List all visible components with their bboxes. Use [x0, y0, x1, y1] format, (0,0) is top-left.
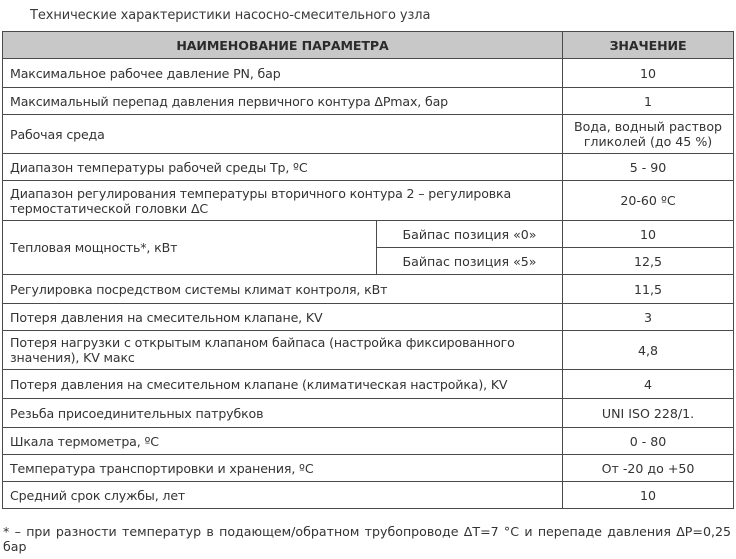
param-name: Регулировка посредством системы климат к…: [3, 275, 563, 304]
param-value: 10: [563, 221, 734, 248]
table-row: Резьба присоединительных патрубков UNI I…: [3, 399, 734, 428]
table-row: Тепловая мощность*, кВт Байпас позиция «…: [3, 221, 734, 248]
param-name: Средний срок службы, лет: [3, 482, 563, 509]
footnote: * – при разности температур в подающем/о…: [3, 524, 731, 554]
param-value: 12,5: [563, 248, 734, 275]
param-value: Вода, водный раствор гликолей (до 45 %): [563, 115, 734, 154]
table-row: Диапазон регулирования температуры втори…: [3, 181, 734, 221]
param-name: Резьба присоединительных патрубков: [3, 399, 563, 428]
table-row: Средний срок службы, лет 10: [3, 482, 734, 509]
param-value: 4: [563, 370, 734, 399]
param-value: 11,5: [563, 275, 734, 304]
param-value: 3: [563, 304, 734, 331]
table-row: Рабочая среда Вода, водный раствор глико…: [3, 115, 734, 154]
param-name: Температура транспортировки и хранения, …: [3, 455, 563, 482]
param-sub-label: Байпас позиция «5»: [377, 248, 563, 275]
param-name: Потеря нагрузки с открытым клапаном байп…: [3, 331, 563, 370]
param-name: Рабочая среда: [3, 115, 563, 154]
column-header-value: ЗНАЧЕНИЕ: [563, 32, 734, 59]
param-value: 1: [563, 88, 734, 115]
param-name: Диапазон температуры рабочей среды Тр, º…: [3, 154, 563, 181]
param-value: 20-60 ºС: [563, 181, 734, 221]
table-caption: Технические характеристики насосно-смеси…: [30, 8, 430, 23]
param-value: 4,8: [563, 331, 734, 370]
table-row: Диапазон температуры рабочей среды Тр, º…: [3, 154, 734, 181]
table-row: Потеря давления на смесительном клапане …: [3, 370, 734, 399]
table-row: Шкала термометра, ºС 0 - 80: [3, 428, 734, 455]
param-value: 10: [563, 59, 734, 88]
table-row: Потеря нагрузки с открытым клапаном байп…: [3, 331, 734, 370]
param-name: Тепловая мощность*, кВт: [3, 221, 377, 275]
param-name: Максимальный перепад давления первичного…: [3, 88, 563, 115]
param-value: 10: [563, 482, 734, 509]
table-row: Регулировка посредством системы климат к…: [3, 275, 734, 304]
param-value: 5 - 90: [563, 154, 734, 181]
table-row: Температура транспортировки и хранения, …: [3, 455, 734, 482]
spec-table: НАИМЕНОВАНИЕ ПАРАМЕТРА ЗНАЧЕНИЕ Максимал…: [2, 31, 734, 509]
param-name: Потеря давления на смесительном клапане …: [3, 370, 563, 399]
table-row: Максимальный перепад давления первичного…: [3, 88, 734, 115]
table-row: Максимальное рабочее давление PN, бар 10: [3, 59, 734, 88]
param-value: 0 - 80: [563, 428, 734, 455]
param-name: Потеря давления на смесительном клапане,…: [3, 304, 563, 331]
table-header-row: НАИМЕНОВАНИЕ ПАРАМЕТРА ЗНАЧЕНИЕ: [3, 32, 734, 59]
param-sub-label: Байпас позиция «0»: [377, 221, 563, 248]
param-name: Максимальное рабочее давление PN, бар: [3, 59, 563, 88]
param-name: Шкала термометра, ºС: [3, 428, 563, 455]
param-value: От -20 до +50: [563, 455, 734, 482]
param-value: UNI ISO 228/1.: [563, 399, 734, 428]
param-name: Диапазон регулирования температуры втори…: [3, 181, 563, 221]
table-row: Потеря давления на смесительном клапане,…: [3, 304, 734, 331]
column-header-parameter: НАИМЕНОВАНИЕ ПАРАМЕТРА: [3, 32, 563, 59]
